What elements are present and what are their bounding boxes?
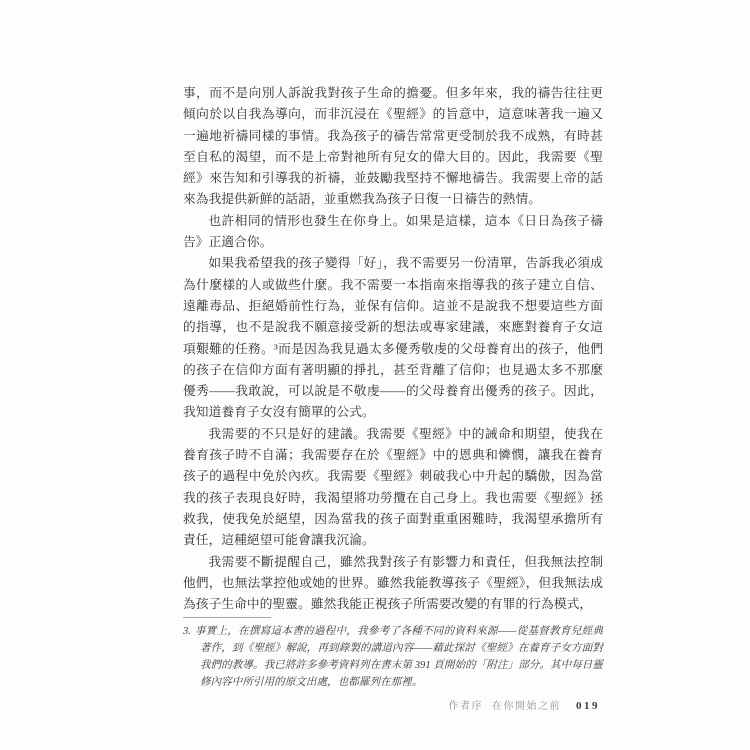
paragraph: 我需要的不只是好的建議。我需要《聖經》中的誡命和期望，使我在養育孩子時不自滿；我… <box>183 424 603 552</box>
footnote-separator <box>183 617 271 618</box>
paragraph: 事，而不是向別人訴說我對孩子生命的擔憂。但多年來，我的禱告往往更傾向於以自我為導… <box>183 83 603 211</box>
footer-page-number: 019 <box>576 700 600 712</box>
page-footer: 作者序在你開始之前019 <box>183 697 600 712</box>
footnote-marker: 3. <box>183 626 191 637</box>
paragraph: 我需要不斷提醒自己，雖然我對孩子有影響力和責任，但我無法控制他們，也無法掌控他或… <box>183 552 603 616</box>
book-page: 事，而不是向別人訴說我對孩子生命的擔憂。但多年來，我的禱告往往更傾向於以自我為導… <box>0 0 750 750</box>
footnote-text: 事實上，在撰寫這本書的過程中，我參考了各種不同的資料來源——從基督教育兒經典著作… <box>195 626 603 688</box>
body-text: 事，而不是向別人訴說我對孩子生命的擔憂。但多年來，我的禱告往往更傾向於以自我為導… <box>183 83 603 615</box>
paragraph: 也許相同的情形也發生在你身上。如果是這樣，這本《日日為孩子禱告》正適合你。 <box>183 211 603 254</box>
footer-section-title: 作者序 <box>449 701 484 712</box>
paragraph: 如果我希望我的孩子變得「好」，我不需要另一份清單，告訴我必須成為什麼樣的人或做些… <box>183 253 603 423</box>
footer-chapter-title: 在你開始之前 <box>492 701 561 712</box>
footnote-entry: 3.事實上，在撰寫這本書的過程中，我參考了各種不同的資料來源——從基督教育兒經典… <box>183 624 603 692</box>
footnote: 3.事實上，在撰寫這本書的過程中，我參考了各種不同的資料來源——從基督教育兒經典… <box>183 624 603 692</box>
